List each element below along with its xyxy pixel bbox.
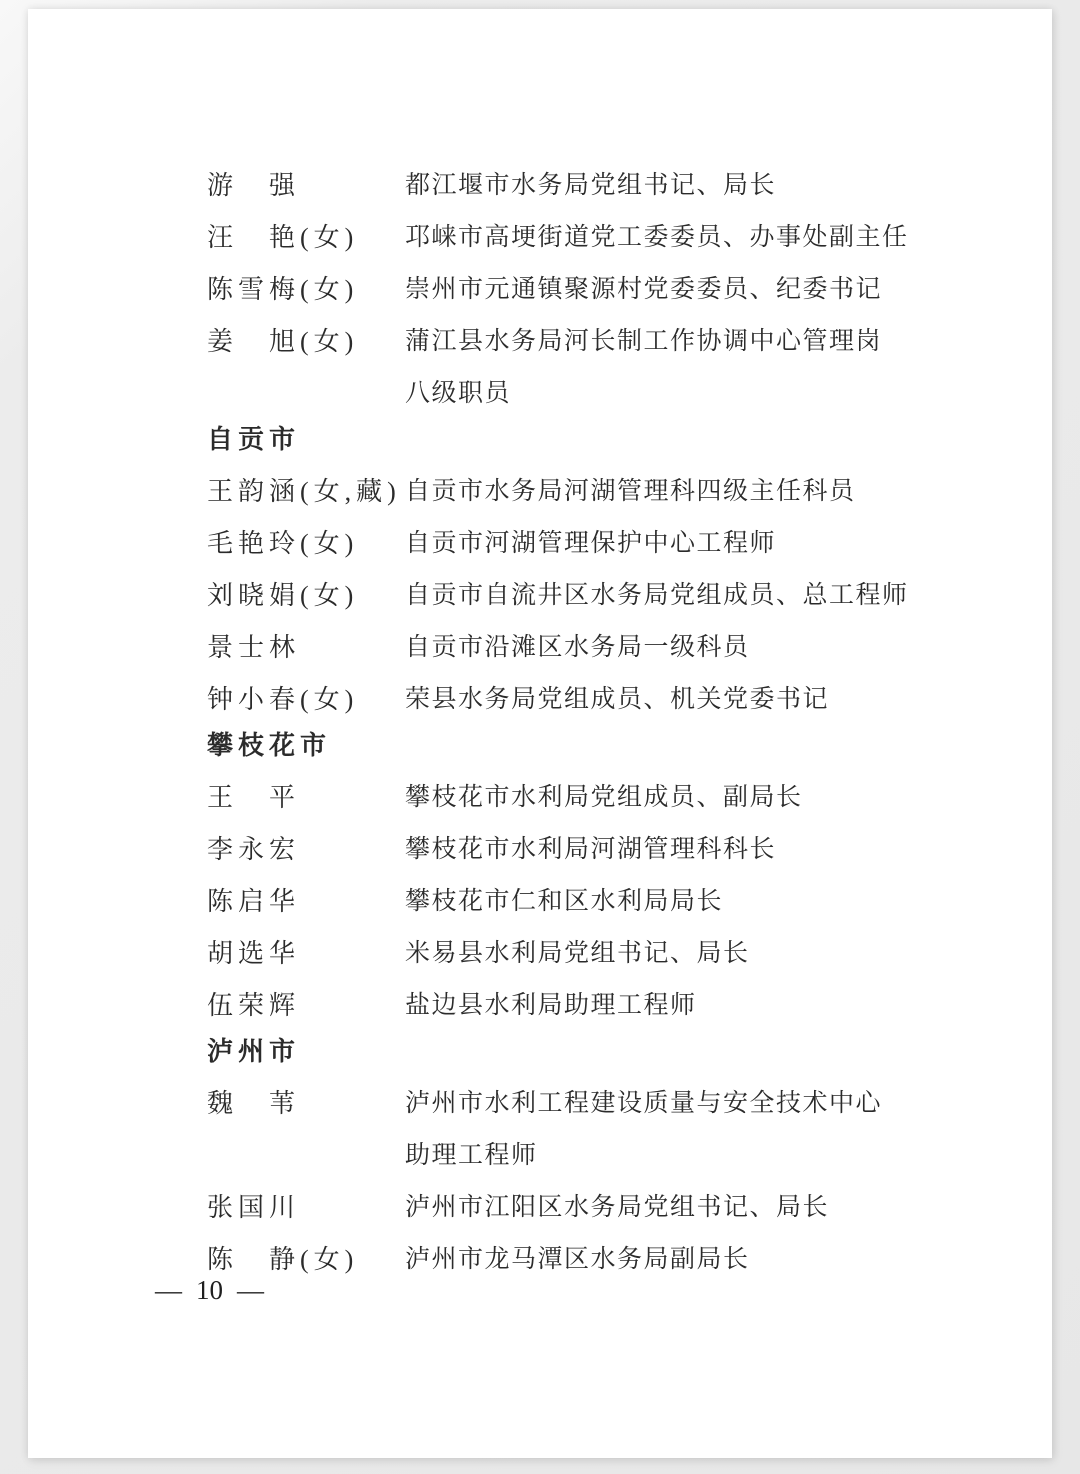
person-title: 泸州市水利工程建设质量与安全技术中心 [405, 1078, 992, 1130]
page-number-left-dash: — [155, 1275, 182, 1306]
person-name: 景士林 [207, 622, 405, 674]
roster-row: 伍荣辉 盐边县水利局助理工程师 [207, 980, 992, 1032]
person-title: 攀枝花市水利局河湖管理科科长 [405, 824, 992, 876]
person-name: 刘晓娟(女) [207, 570, 405, 622]
person-name: 胡选华 [207, 928, 405, 980]
roster-content: 游 强 都江堰市水务局党组书记、局长 汪 艳(女) 邛崃市高埂街道党工委委员、办… [28, 9, 1052, 1286]
person-title: 蒲江县水务局河长制工作协调中心管理岗 [405, 316, 992, 368]
person-name: 汪 艳(女) [207, 212, 405, 264]
section-header-zigong: 自贡市 [207, 414, 992, 466]
page-number: — 10 — [155, 1275, 264, 1306]
person-title: 自贡市水务局河湖管理科四级主任科员 [405, 466, 992, 518]
roster-row: 胡选华 米易县水利局党组书记、局长 [207, 928, 992, 980]
person-name: 陈启华 [207, 876, 405, 928]
person-name: 王 平 [207, 772, 405, 824]
person-title: 崇州市元通镇聚源村党委委员、纪委书记 [405, 264, 992, 316]
roster-row: 陈启华 攀枝花市仁和区水利局局长 [207, 876, 992, 928]
person-name: 魏 苇 [207, 1078, 405, 1130]
person-name: 姜 旭(女) [207, 316, 405, 368]
section-header-panzhihua: 攀枝花市 [207, 720, 992, 772]
person-title: 自贡市沿滩区水务局一级科员 [405, 622, 992, 674]
document-page: 游 强 都江堰市水务局党组书记、局长 汪 艳(女) 邛崃市高埂街道党工委委员、办… [28, 9, 1052, 1458]
page-number-right-dash: — [237, 1275, 264, 1306]
person-title: 自贡市自流井区水务局党组成员、总工程师 [405, 570, 992, 622]
roster-row: 王韵涵(女,藏) 自贡市水务局河湖管理科四级主任科员 [207, 466, 992, 518]
person-title-line2: 八级职员 [405, 368, 992, 420]
person-title: 攀枝花市水利局党组成员、副局长 [405, 772, 992, 824]
page-number-value: 10 [196, 1275, 223, 1306]
roster-row: 钟小春(女) 荣县水务局党组成员、机关党委书记 [207, 674, 992, 726]
roster-row: 陈雪梅(女) 崇州市元通镇聚源村党委委员、纪委书记 [207, 264, 992, 316]
person-title: 盐边县水利局助理工程师 [405, 980, 992, 1032]
person-title: 米易县水利局党组书记、局长 [405, 928, 992, 980]
person-title: 邛崃市高埂街道党工委委员、办事处副主任 [405, 212, 992, 264]
person-title-line2: 助理工程师 [405, 1130, 992, 1182]
person-name: 钟小春(女) [207, 674, 405, 726]
roster-row: 李永宏 攀枝花市水利局河湖管理科科长 [207, 824, 992, 876]
roster-row: 景士林 自贡市沿滩区水务局一级科员 [207, 622, 992, 674]
person-title: 自贡市河湖管理保护中心工程师 [405, 518, 992, 570]
person-title: 攀枝花市仁和区水利局局长 [405, 876, 992, 928]
roster-row: 刘晓娟(女) 自贡市自流井区水务局党组成员、总工程师 [207, 570, 992, 622]
person-name: 张国川 [207, 1182, 405, 1234]
person-title: 都江堰市水务局党组书记、局长 [405, 160, 992, 212]
roster-row: 姜 旭(女) 蒲江县水务局河长制工作协调中心管理岗 八级职员 [207, 316, 992, 420]
roster-row: 王 平 攀枝花市水利局党组成员、副局长 [207, 772, 992, 824]
section-header-luzhou: 泸州市 [207, 1026, 992, 1078]
person-name: 游 强 [207, 160, 405, 212]
roster-row: 陈 静(女) 泸州市龙马潭区水务局副局长 [207, 1234, 992, 1286]
roster-row: 游 强 都江堰市水务局党组书记、局长 [207, 160, 992, 212]
person-name: 毛艳玲(女) [207, 518, 405, 570]
person-name: 陈雪梅(女) [207, 264, 405, 316]
person-title: 泸州市江阳区水务局党组书记、局长 [405, 1182, 992, 1234]
roster-row: 魏 苇 泸州市水利工程建设质量与安全技术中心 助理工程师 [207, 1078, 992, 1182]
person-name: 伍荣辉 [207, 980, 405, 1032]
person-title: 荣县水务局党组成员、机关党委书记 [405, 674, 992, 726]
person-title: 泸州市龙马潭区水务局副局长 [405, 1234, 992, 1286]
roster-row: 张国川 泸州市江阳区水务局党组书记、局长 [207, 1182, 992, 1234]
person-name: 王韵涵(女,藏) [207, 466, 405, 518]
person-name: 李永宏 [207, 824, 405, 876]
roster-row: 汪 艳(女) 邛崃市高埂街道党工委委员、办事处副主任 [207, 212, 992, 264]
roster-row: 毛艳玲(女) 自贡市河湖管理保护中心工程师 [207, 518, 992, 570]
